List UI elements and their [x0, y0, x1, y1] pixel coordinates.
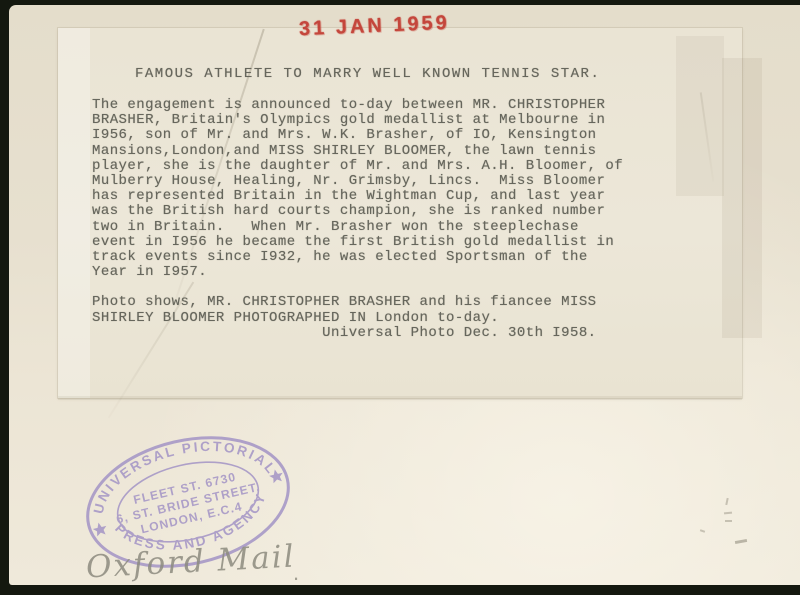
- photo-verso-scan: 31 JAN 1959 FAMOUS ATHLETE TO MARRY WELL…: [0, 0, 800, 595]
- handwritten-dot: .: [293, 560, 299, 586]
- caption-headline: FAMOUS ATHLETE TO MARRY WELL KNOWN TENNI…: [135, 66, 600, 82]
- caption-photo-note: Photo shows, MR. CHRISTOPHER BRASHER and…: [92, 295, 597, 342]
- caption-body: The engagement is announced to-day betwe…: [92, 98, 623, 280]
- star-left-icon: [92, 521, 108, 537]
